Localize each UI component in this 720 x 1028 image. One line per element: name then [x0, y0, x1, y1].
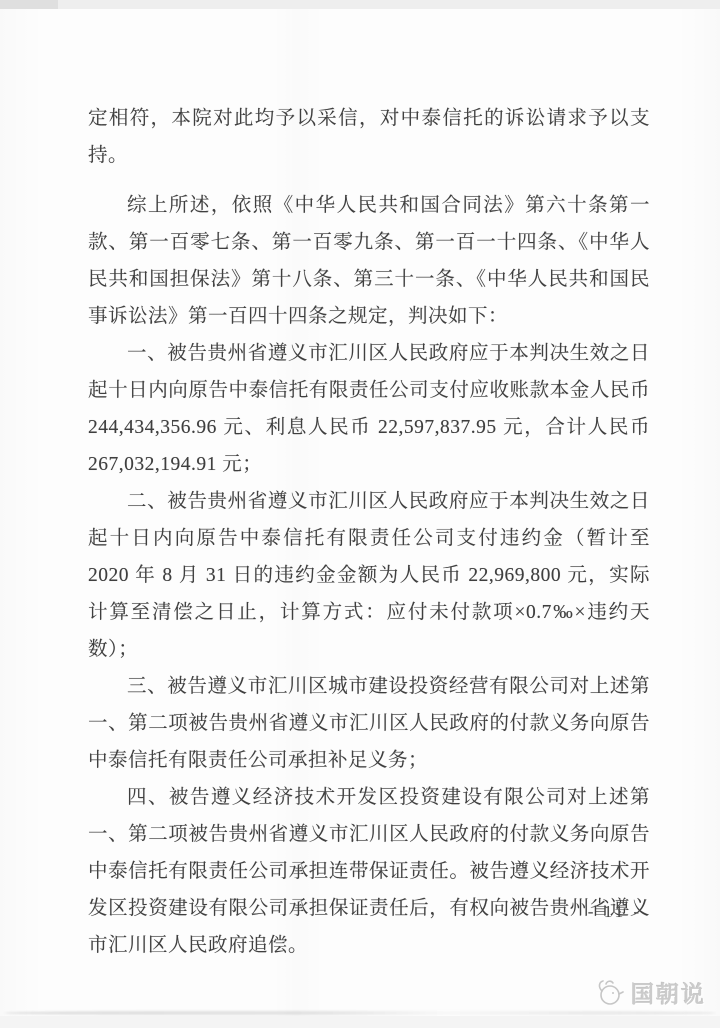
- judgment-item-1: 一、被告贵州省遵义市汇川区人民政府应于本判决生效之日起十日内向原告中泰信托有限责…: [88, 335, 650, 483]
- watermark: 国朝说: [593, 976, 706, 1009]
- scan-edge-bottom: [0, 1016, 720, 1028]
- page-number: - 11 -: [588, 902, 642, 922]
- judgment-paragraph-continuation: 定相符，本院对此均予以采信，对中泰信托的诉讼请求予以支持。: [88, 100, 650, 174]
- mascot-chick-icon: [593, 978, 625, 1008]
- judgment-paragraph-legal-basis: 综上所述，依照《中华人民共和国合同法》第六十条第一款、第一百零七条、第一百零九条…: [88, 187, 650, 335]
- judgment-item-4: 四、被告遵义经济技术开发区投资建设有限公司对上述第一、第二项被告贵州省遵义市汇川…: [88, 779, 650, 964]
- judgment-item-2: 二、被告贵州省遵义市汇川区人民政府应于本判决生效之日起十日内向原告中泰信托有限责…: [88, 483, 650, 668]
- scanned-judgment-page: 定相符，本院对此均予以采信，对中泰信托的诉讼请求予以支持。 综上所述，依照《中华…: [0, 0, 720, 1028]
- judgment-text-block: 定相符，本院对此均予以采信，对中泰信托的诉讼请求予以支持。 综上所述，依照《中华…: [88, 100, 650, 964]
- scan-edge-top: [0, 0, 720, 9]
- judgment-item-3: 三、被告遵义市汇川区城市建设投资经营有限公司对上述第一、第二项被告贵州省遵义市汇…: [88, 668, 650, 779]
- scan-edge-shadow: [4, 1011, 716, 1015]
- watermark-text: 国朝说: [631, 976, 706, 1009]
